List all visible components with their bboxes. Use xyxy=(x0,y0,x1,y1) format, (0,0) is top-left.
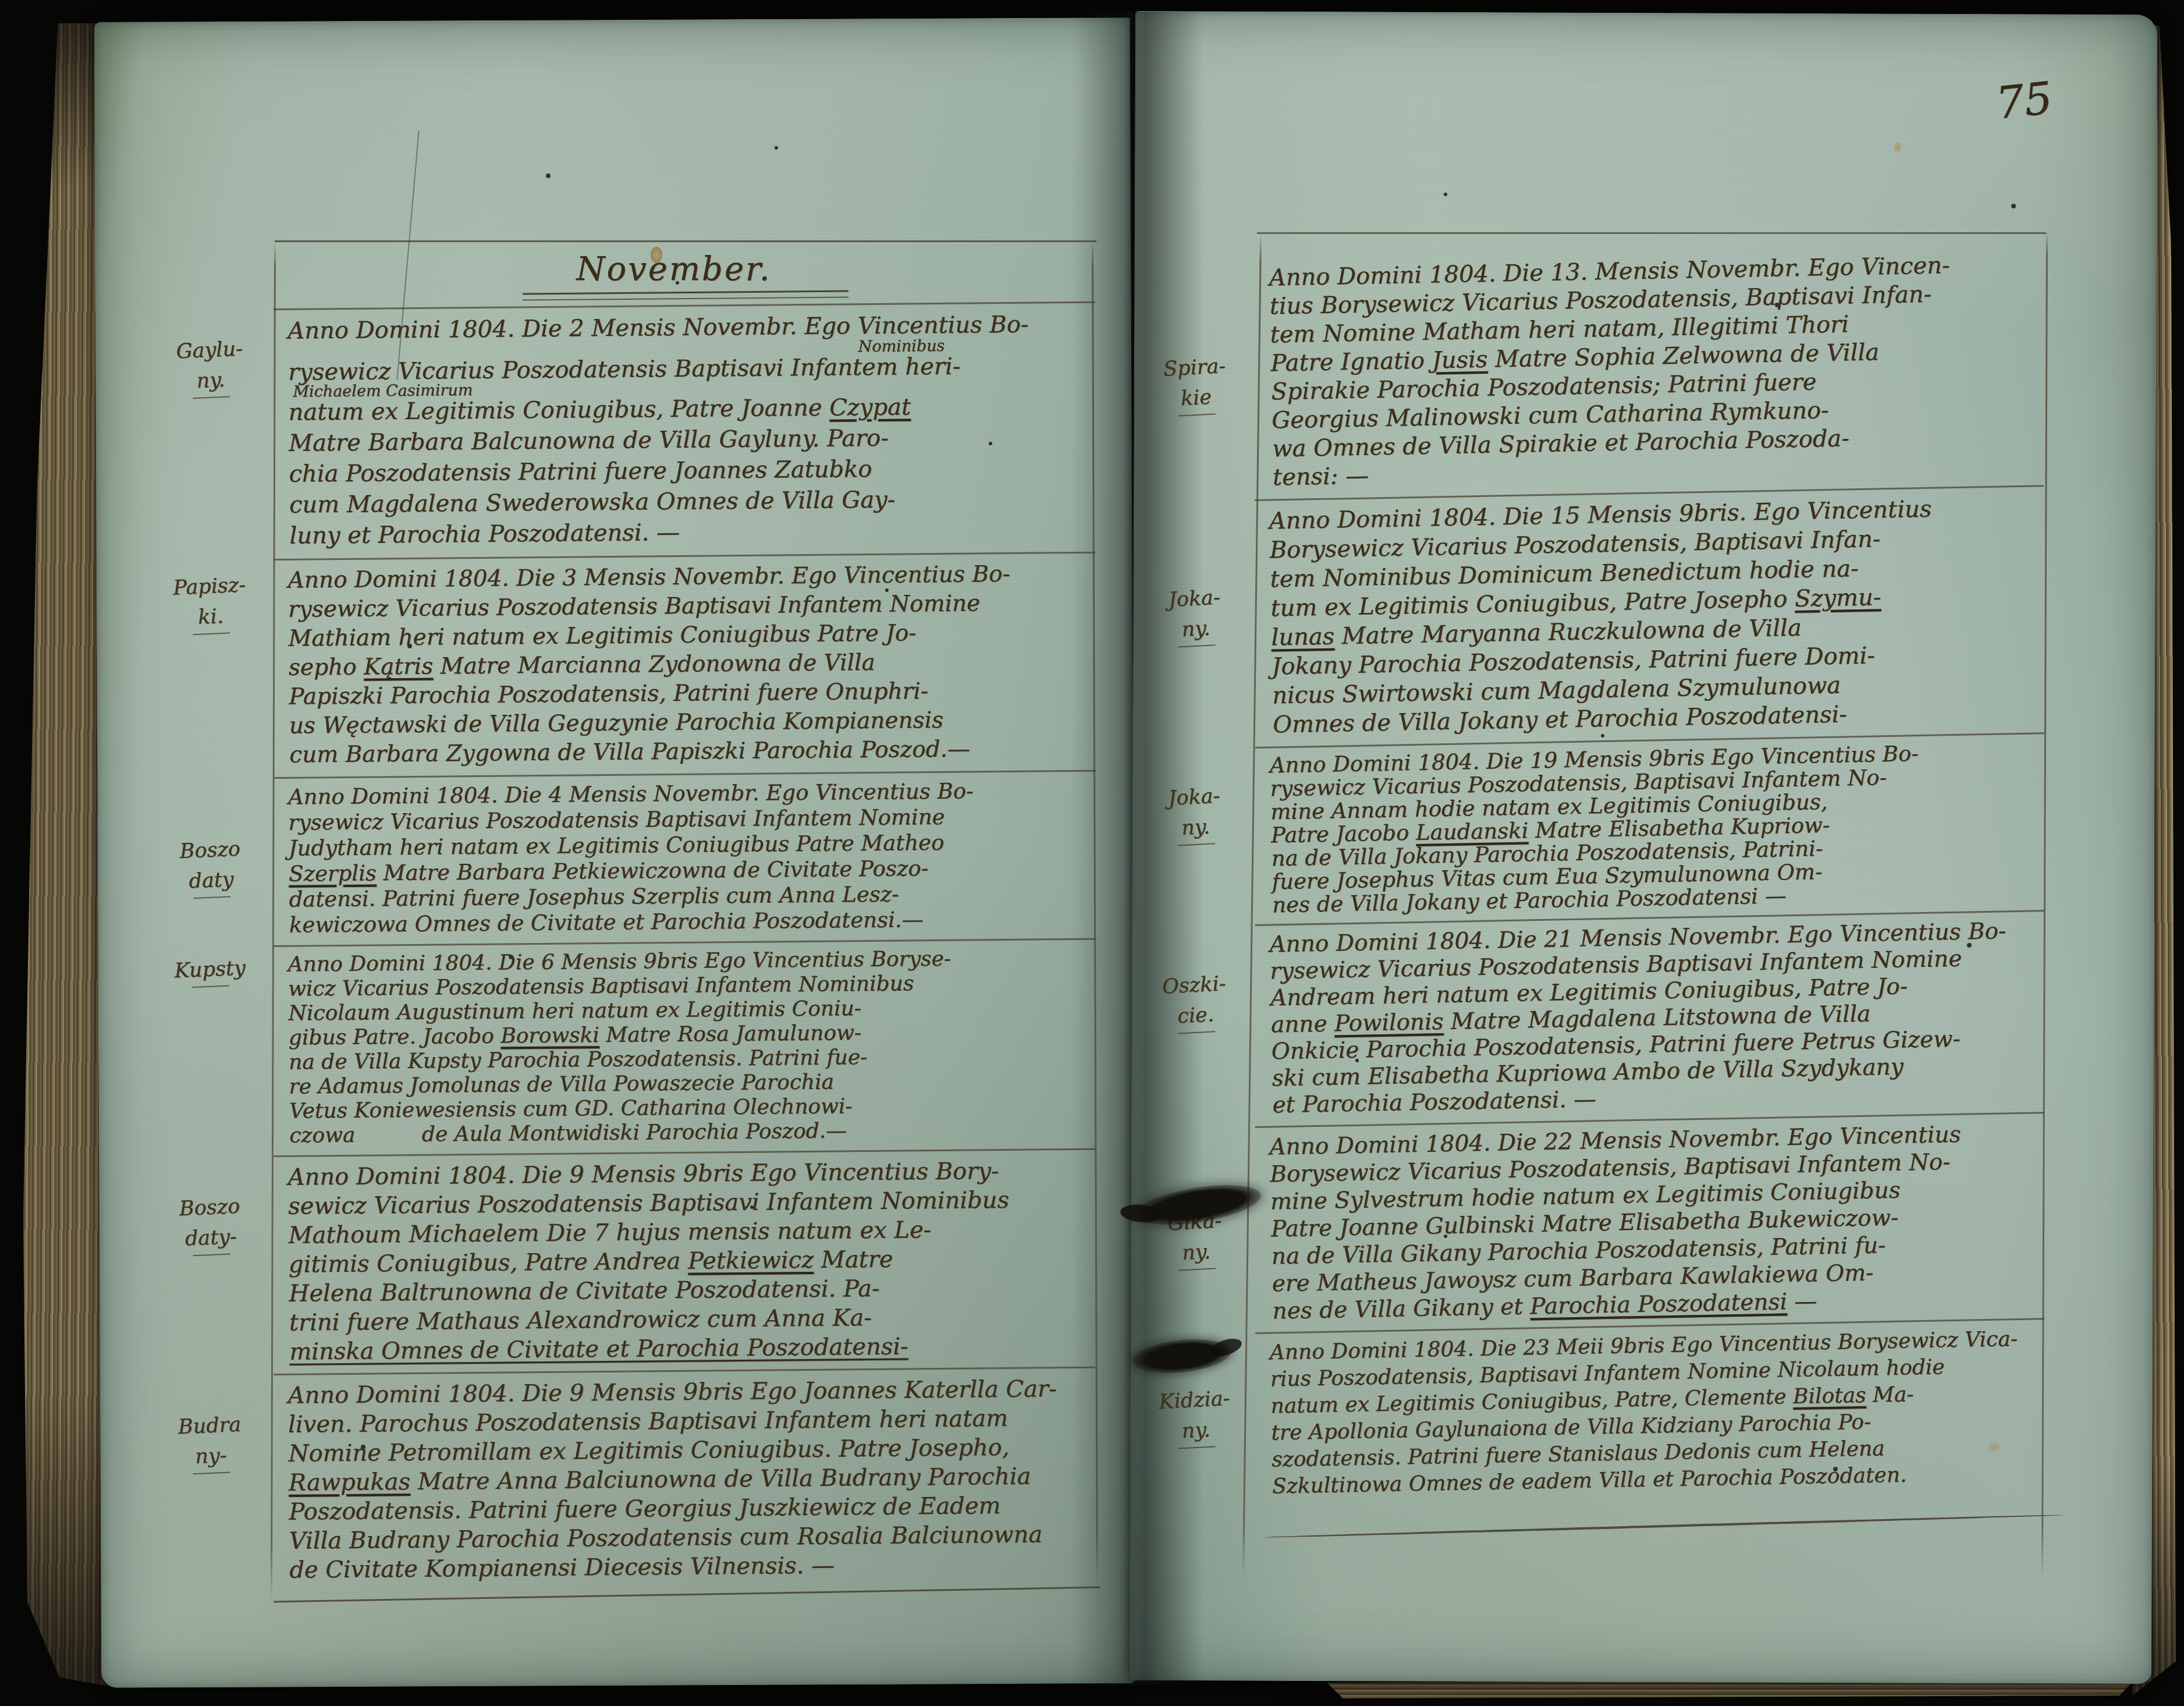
register-entry: KupstyAnno Domini 1804. Die 6 Mensis 9br… xyxy=(274,938,1097,1155)
register-entry: Spira-kieAnno Domini 1804. Die 13. Mensi… xyxy=(1255,244,2048,499)
entry-line: luny et Parochia Poszodatensi. — xyxy=(289,514,1097,552)
left-register-column: November. Gaylu-ny.Anno Domini 1804. Die… xyxy=(275,240,1096,1603)
margin-place-label: Kupsty xyxy=(159,952,261,989)
register-entry: Kidzia-ny.Anno Domini 1804. Die 23 Meii … xyxy=(1255,1318,2047,1508)
margin-place-label: Budrany- xyxy=(159,1409,262,1476)
paper-stain xyxy=(651,247,662,263)
margin-place-label: Joka-ny. xyxy=(1147,581,1244,649)
margin-place-label: Papisz-ki. xyxy=(159,569,262,636)
paper-stain xyxy=(1988,1442,2001,1452)
entry-line: minska Omnes de Civitate et Parochia Pos… xyxy=(289,1331,1097,1367)
register-entry: Gaylu-ny.Anno Domini 1804. Die 2 Mensis … xyxy=(274,302,1098,559)
margin-place-label: Spira-kie xyxy=(1147,350,1244,418)
margin-place-label: Gaylu-ny. xyxy=(159,333,262,400)
page-number: 75 xyxy=(1994,72,2055,129)
paper-stain xyxy=(1894,142,1902,152)
month-header-underline xyxy=(523,290,848,301)
register-entry: Joka-ny.Anno Domini 1804. Die 19 Mensis … xyxy=(1255,732,2047,924)
margin-place-label: Kidzia-ny. xyxy=(1147,1383,1244,1450)
entry-line: cum Barbara Zygowna de Villa Papiszki Pa… xyxy=(289,734,1097,770)
month-header: November. xyxy=(275,250,1073,288)
register-entry: Boszodaty-Anno Domini 1804. Die 9 Mensis… xyxy=(274,1148,1097,1374)
ink-specks xyxy=(0,0,2,2)
open-register-book: 75 November. Gaylu-ny.Anno Domini 1804. … xyxy=(0,0,2184,1706)
register-entry: Joka-ny.Anno Domini 1804. Die 15 Mensis … xyxy=(1255,485,2048,747)
entry-line: de Civitate Kompianensi Diecesis Vilnens… xyxy=(289,1549,1097,1585)
right-register-column: Spira-kieAnno Domini 1804. Die 13. Mensi… xyxy=(1257,232,2046,1583)
margin-place-label: Joka-ny. xyxy=(1147,780,1244,847)
margin-place-label: Oszki-cie. xyxy=(1146,968,1243,1035)
register-entry: Budrany-Anno Domini 1804. Die 9 Mensis 9… xyxy=(274,1367,1097,1592)
register-entry: Oszki-cie.Anno Domini 1804. Die 21 Mensi… xyxy=(1255,910,2048,1126)
register-entry: BoszodatyAnno Domini 1804. Die 4 Mensis … xyxy=(274,770,1097,945)
margin-place-label: Boszodaty- xyxy=(159,1190,262,1257)
register-entry: Papisz-ki.Anno Domini 1804. Die 3 Mensis… xyxy=(274,552,1097,777)
margin-place-label: Boszodaty xyxy=(159,833,262,900)
register-entry: Gika-ny.Anno Domini 1804. Die 22 Mensis … xyxy=(1255,1112,2048,1332)
